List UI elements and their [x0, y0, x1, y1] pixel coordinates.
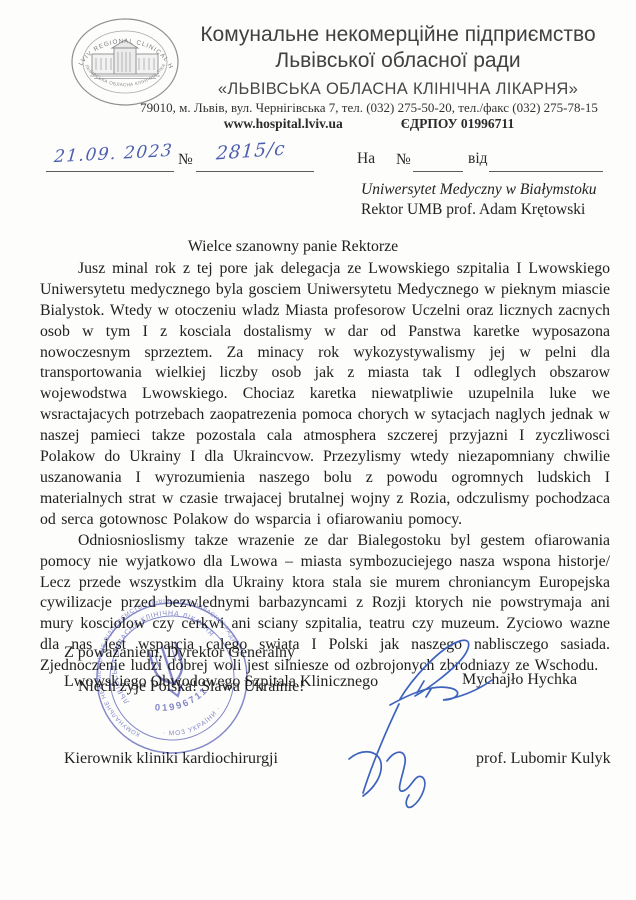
na-label: На [357, 150, 375, 168]
recipient-block: Uniwersytet Medyczny w Białymstoku Rekto… [361, 180, 596, 220]
org-contacts-row: www.hospital.lviv.uaЄДРПОУ 01996711 [118, 116, 620, 132]
org-name-line3: «ЛЬВІВСЬКА ОБЛАСНА КЛІНІЧНА ЛІКАРНЯ» [172, 78, 624, 100]
na-number-label: № [396, 151, 411, 169]
org-website: www.hospital.lviv.ua [224, 116, 343, 131]
org-address: 79010, м. Львів, вул. Чернігівська 7, те… [118, 100, 620, 116]
recipient-institution: Uniwersytet Medyczny w Białymstoku [361, 180, 596, 200]
doc-number-label: № [178, 151, 193, 169]
signature-prof-icon [335, 699, 447, 813]
hospital-round-stamp: КОМУНАЛЬНЕ НЕКОМЕРЦІЙНЕ ПІДПРИЄМСТВО ЛЬВ… [93, 599, 251, 757]
org-edrpou: ЄДРПОУ 01996711 [401, 116, 514, 131]
signer2-name: prof. Lubomir Kulyk [476, 750, 611, 768]
hospital-logo: LVIV REGIONAL CLINICAL HOSPITAL ЛЬВІВСЬК… [68, 14, 182, 112]
stamp-number: 01996711 [151, 683, 214, 719]
svg-text:01996711: 01996711 [151, 683, 214, 719]
vid-label: від [468, 150, 488, 168]
org-name-line2: Львівської обласної ради [172, 48, 624, 74]
recipient-person: Rektor UMB prof. Adam Krętowski [361, 200, 596, 220]
trident-icon [148, 642, 191, 700]
paragraph-1: Jusz minal rok z tej pore jak delegacja … [40, 259, 610, 531]
salutation: Wielce szanowny panie Rektorze [40, 237, 546, 258]
vid-date-line [489, 171, 603, 172]
letterhead: Комунальне некомерційне підприємство Льв… [172, 22, 624, 100]
scanned-letter-page: LVIV REGIONAL CLINICAL HOSPITAL ЛЬВІВСЬК… [0, 0, 636, 900]
handwritten-doc-number: 2815/c [215, 138, 286, 164]
doc-number-line [196, 171, 314, 172]
handwritten-date: 21.09. 2023 [53, 141, 174, 167]
na-number-line [413, 171, 463, 172]
date-line [46, 171, 174, 172]
org-name-line1: Комунальне некомерційне підприємство [172, 22, 624, 48]
